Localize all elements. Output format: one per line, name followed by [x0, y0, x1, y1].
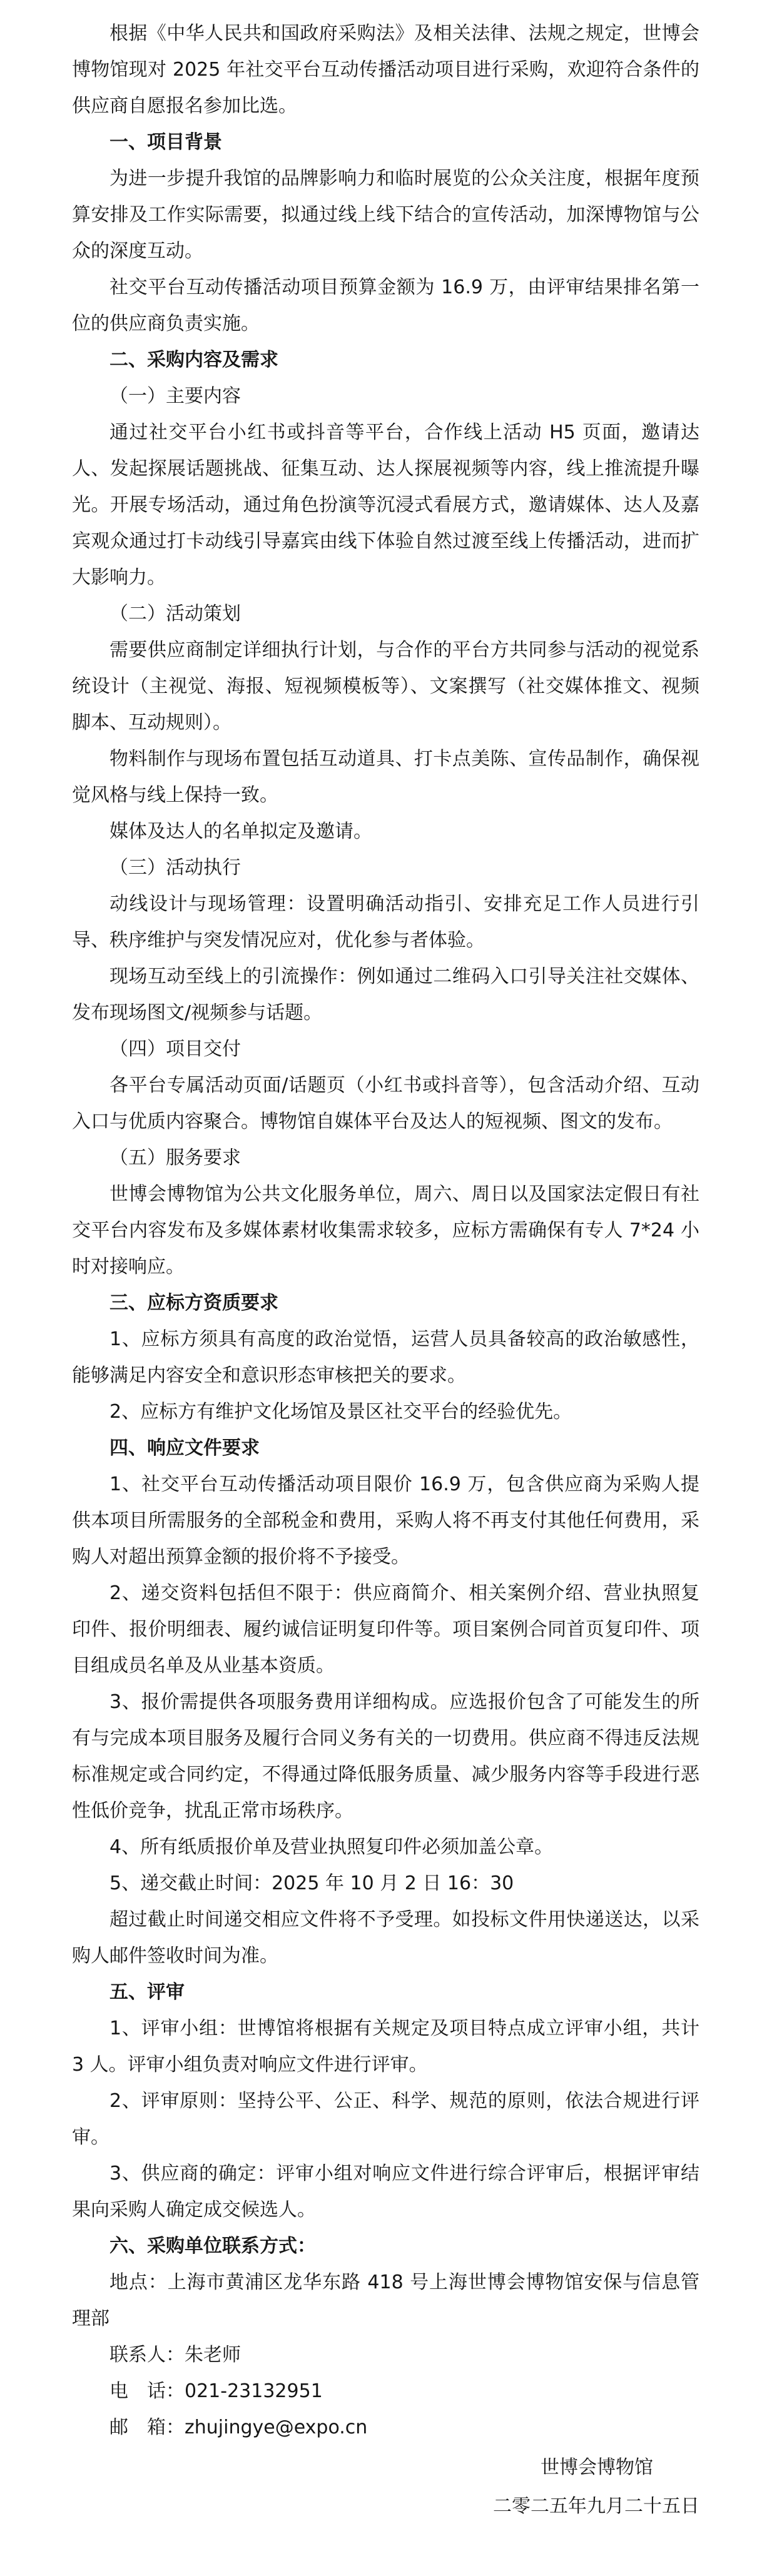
signature-org: 世博会博物馆 — [72, 2448, 699, 2487]
paragraph: 超过截止时间递交相应文件将不予受理。如投标文件用快递送达，以采购人邮件签收时间为… — [72, 1902, 699, 1974]
section-heading-response-document-requirements: 四、响应文件要求 — [72, 1430, 699, 1467]
paragraph-deadline: 5、递交截止时间：2025 年 10 月 2 日 16：30 — [72, 1866, 699, 1902]
paragraph: 现场互动至线上的引流操作：例如通过二维码入口引导关注社交媒体、发布现场图文/视频… — [72, 959, 699, 1031]
section-heading-project-background: 一、项目背景 — [72, 124, 699, 161]
subsection-title-main-content: （一）主要内容 — [72, 378, 699, 415]
paragraph: 各平台专属活动页面/话题页（小红书或抖音等），包含活动介绍、互动入口与优质内容聚… — [72, 1068, 699, 1140]
paragraph-item-1: 1、评审小组：世博馆将根据有关规定及项目特点成立评审小组，共计 3 人。评审小组… — [72, 2011, 699, 2083]
signature-block: 世博会博物馆 二零二五年九月二十五日 — [72, 2448, 699, 2526]
paragraph-item-1: 1、应标方须具有高度的政治觉悟，运营人员具备较高的政治敏感性，能够满足内容安全和… — [72, 1321, 699, 1394]
paragraph: 媒体及达人的名单拟定及邀请。 — [72, 814, 699, 850]
contact-person-line: 联系人：朱老师 — [72, 2337, 699, 2373]
section-heading-contact-info: 六、采购单位联系方式： — [72, 2228, 699, 2265]
paragraph-item-2: 2、评审原则：坚持公平、公正、科学、规范的原则，依法合规进行评审。 — [72, 2083, 699, 2156]
subsection-title-project-delivery: （四）项目交付 — [72, 1031, 699, 1068]
paragraph-item-3: 3、供应商的确定：评审小组对响应文件进行综合评审后，根据评审结果向采购人确定成交… — [72, 2156, 699, 2228]
subsection-title-activity-planning: （二）活动策划 — [72, 596, 699, 632]
contact-phone-line: 电 话：021-23132951 — [72, 2373, 699, 2410]
paragraph: 通过社交平台小红书或抖音等平台，合作线上活动 H5 页面，邀请达人、发起探展话题… — [72, 415, 699, 596]
paragraph: 为进一步提升我馆的品牌影响力和临时展览的公众关注度，根据年度预算安排及工作实际需… — [72, 161, 699, 270]
subsection-title-activity-execution: （三）活动执行 — [72, 850, 699, 886]
paragraph-item-3: 3、报价需提供各项服务费用详细构成。应选报价包含了可能发生的所有与完成本项目服务… — [72, 1684, 699, 1829]
signature-date: 二零二五年九月二十五日 — [72, 2487, 699, 2526]
subsection-title-service-requirements: （五）服务要求 — [72, 1140, 699, 1176]
paragraph-item-1: 1、社交平台互动传播活动项目限价 16.9 万，包含供应商为采购人提供本项目所需… — [72, 1467, 699, 1575]
contact-email-line: 邮 箱：zhujingye@expo.cn — [72, 2410, 699, 2446]
paragraph: 动线设计与现场管理：设置明确活动指引、安排充足工作人员进行引导、秩序维护与突发情… — [72, 886, 699, 959]
paragraph: 需要供应商制定详细执行计划，与合作的平台方共同参与活动的视觉系统设计（主视觉、海… — [72, 632, 699, 741]
paragraph: 物料制作与现场布置包括互动道具、打卡点美陈、宣传品制作，确保视觉风格与线上保持一… — [72, 741, 699, 814]
intro-paragraph: 根据《中华人民共和国政府采购法》及相关法律、法规之规定，世博会博物馆现对 202… — [72, 16, 699, 124]
section-heading-procurement-content: 二、采购内容及需求 — [72, 342, 699, 378]
paragraph: 世博会博物馆为公共文化服务单位，周六、周日以及国家法定假日有社交平台内容发布及多… — [72, 1176, 699, 1285]
paragraph-item-2: 2、应标方有维护文化场馆及景区社交平台的经验优先。 — [72, 1394, 699, 1430]
section-heading-bidder-qualifications: 三、应标方资质要求 — [72, 1285, 699, 1321]
paragraph-budget: 社交平台互动传播活动项目预算金额为 16.9 万，由评审结果排名第一位的供应商负… — [72, 270, 699, 342]
contact-address-line: 地点：上海市黄浦区龙华东路 418 号上海世博会博物馆安保与信息管理部 — [72, 2265, 699, 2337]
paragraph-item-4: 4、所有纸质报价单及营业执照复印件必须加盖公章。 — [72, 1829, 699, 1866]
procurement-notice-document: 根据《中华人民共和国政府采购法》及相关法律、法规之规定，世博会博物馆现对 202… — [0, 0, 757, 2576]
paragraph-item-2: 2、递交资料包括但不限于：供应商简介、相关案例介绍、营业执照复印件、报价明细表、… — [72, 1575, 699, 1684]
section-heading-evaluation: 五、评审 — [72, 1974, 699, 2011]
